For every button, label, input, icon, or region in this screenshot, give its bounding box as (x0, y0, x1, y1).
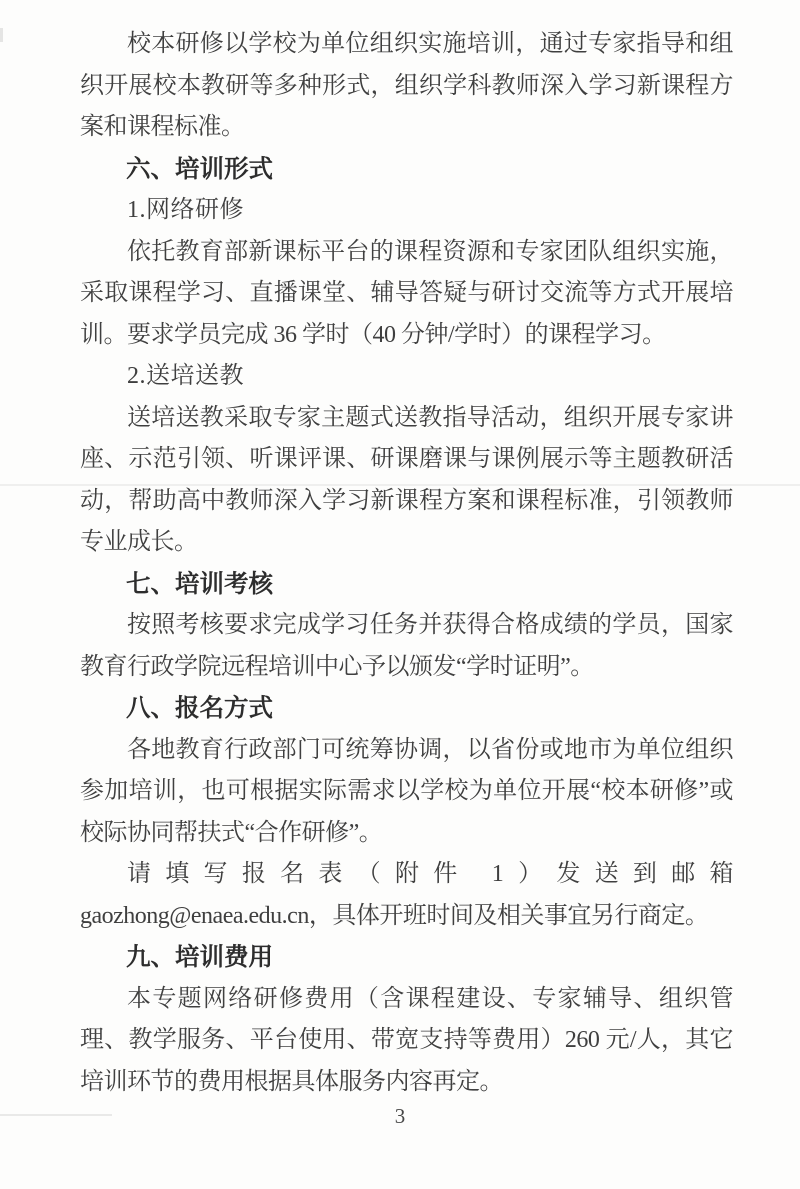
body-paragraph: 校本研修以学校为单位组织实施培训，通过专家指导和组织开展校本教研等多种形式，组织… (80, 24, 733, 149)
body-paragraph: 本专题网络研修费用（含课程建设、专家辅导、组织管理、教学服务、平台使用、带宽支持… (80, 979, 733, 1104)
body-paragraph: 各地教育行政部门可统筹协调，以省份或地市为单位组织参加培训，也可根据实际需求以学… (80, 730, 733, 855)
document-body: 校本研修以学校为单位组织实施培训，通过专家指导和组织开展校本教研等多种形式，组织… (80, 24, 733, 1103)
page-footer: 3 (0, 1104, 800, 1129)
sub-item-heading: 1.网络研修 (80, 190, 733, 232)
body-paragraph: 按照考核要求完成学习任务并获得合格成绩的学员，国家教育行政学院远程培训中心予以颁… (80, 605, 733, 688)
section-heading: 六、培训形式 (80, 149, 733, 191)
section-heading: 九、培训费用 (80, 937, 733, 979)
body-paragraph: 送培送教采取专家主题式送教指导活动，组织开展专家讲座、示范引领、听课评课、研课磨… (80, 398, 733, 564)
body-paragraph: 依托教育部新课标平台的课程资源和专家团队组织实施，采取课程学习、直播课堂、辅导答… (80, 232, 733, 357)
section-heading: 八、报名方式 (80, 688, 733, 730)
section-heading: 七、培训考核 (80, 564, 733, 606)
body-paragraph: 请填写报名表（附件 1）发送到邮箱 gaozhong@enaea.edu.cn，… (80, 854, 733, 937)
sub-item-heading: 2.送培送教 (80, 356, 733, 398)
scanned-document-page: 校本研修以学校为单位组织实施培训，通过专家指导和组织开展校本教研等多种形式，组织… (0, 0, 800, 1189)
scan-artifact-left-edge (0, 28, 3, 42)
page-number: 3 (395, 1104, 406, 1128)
